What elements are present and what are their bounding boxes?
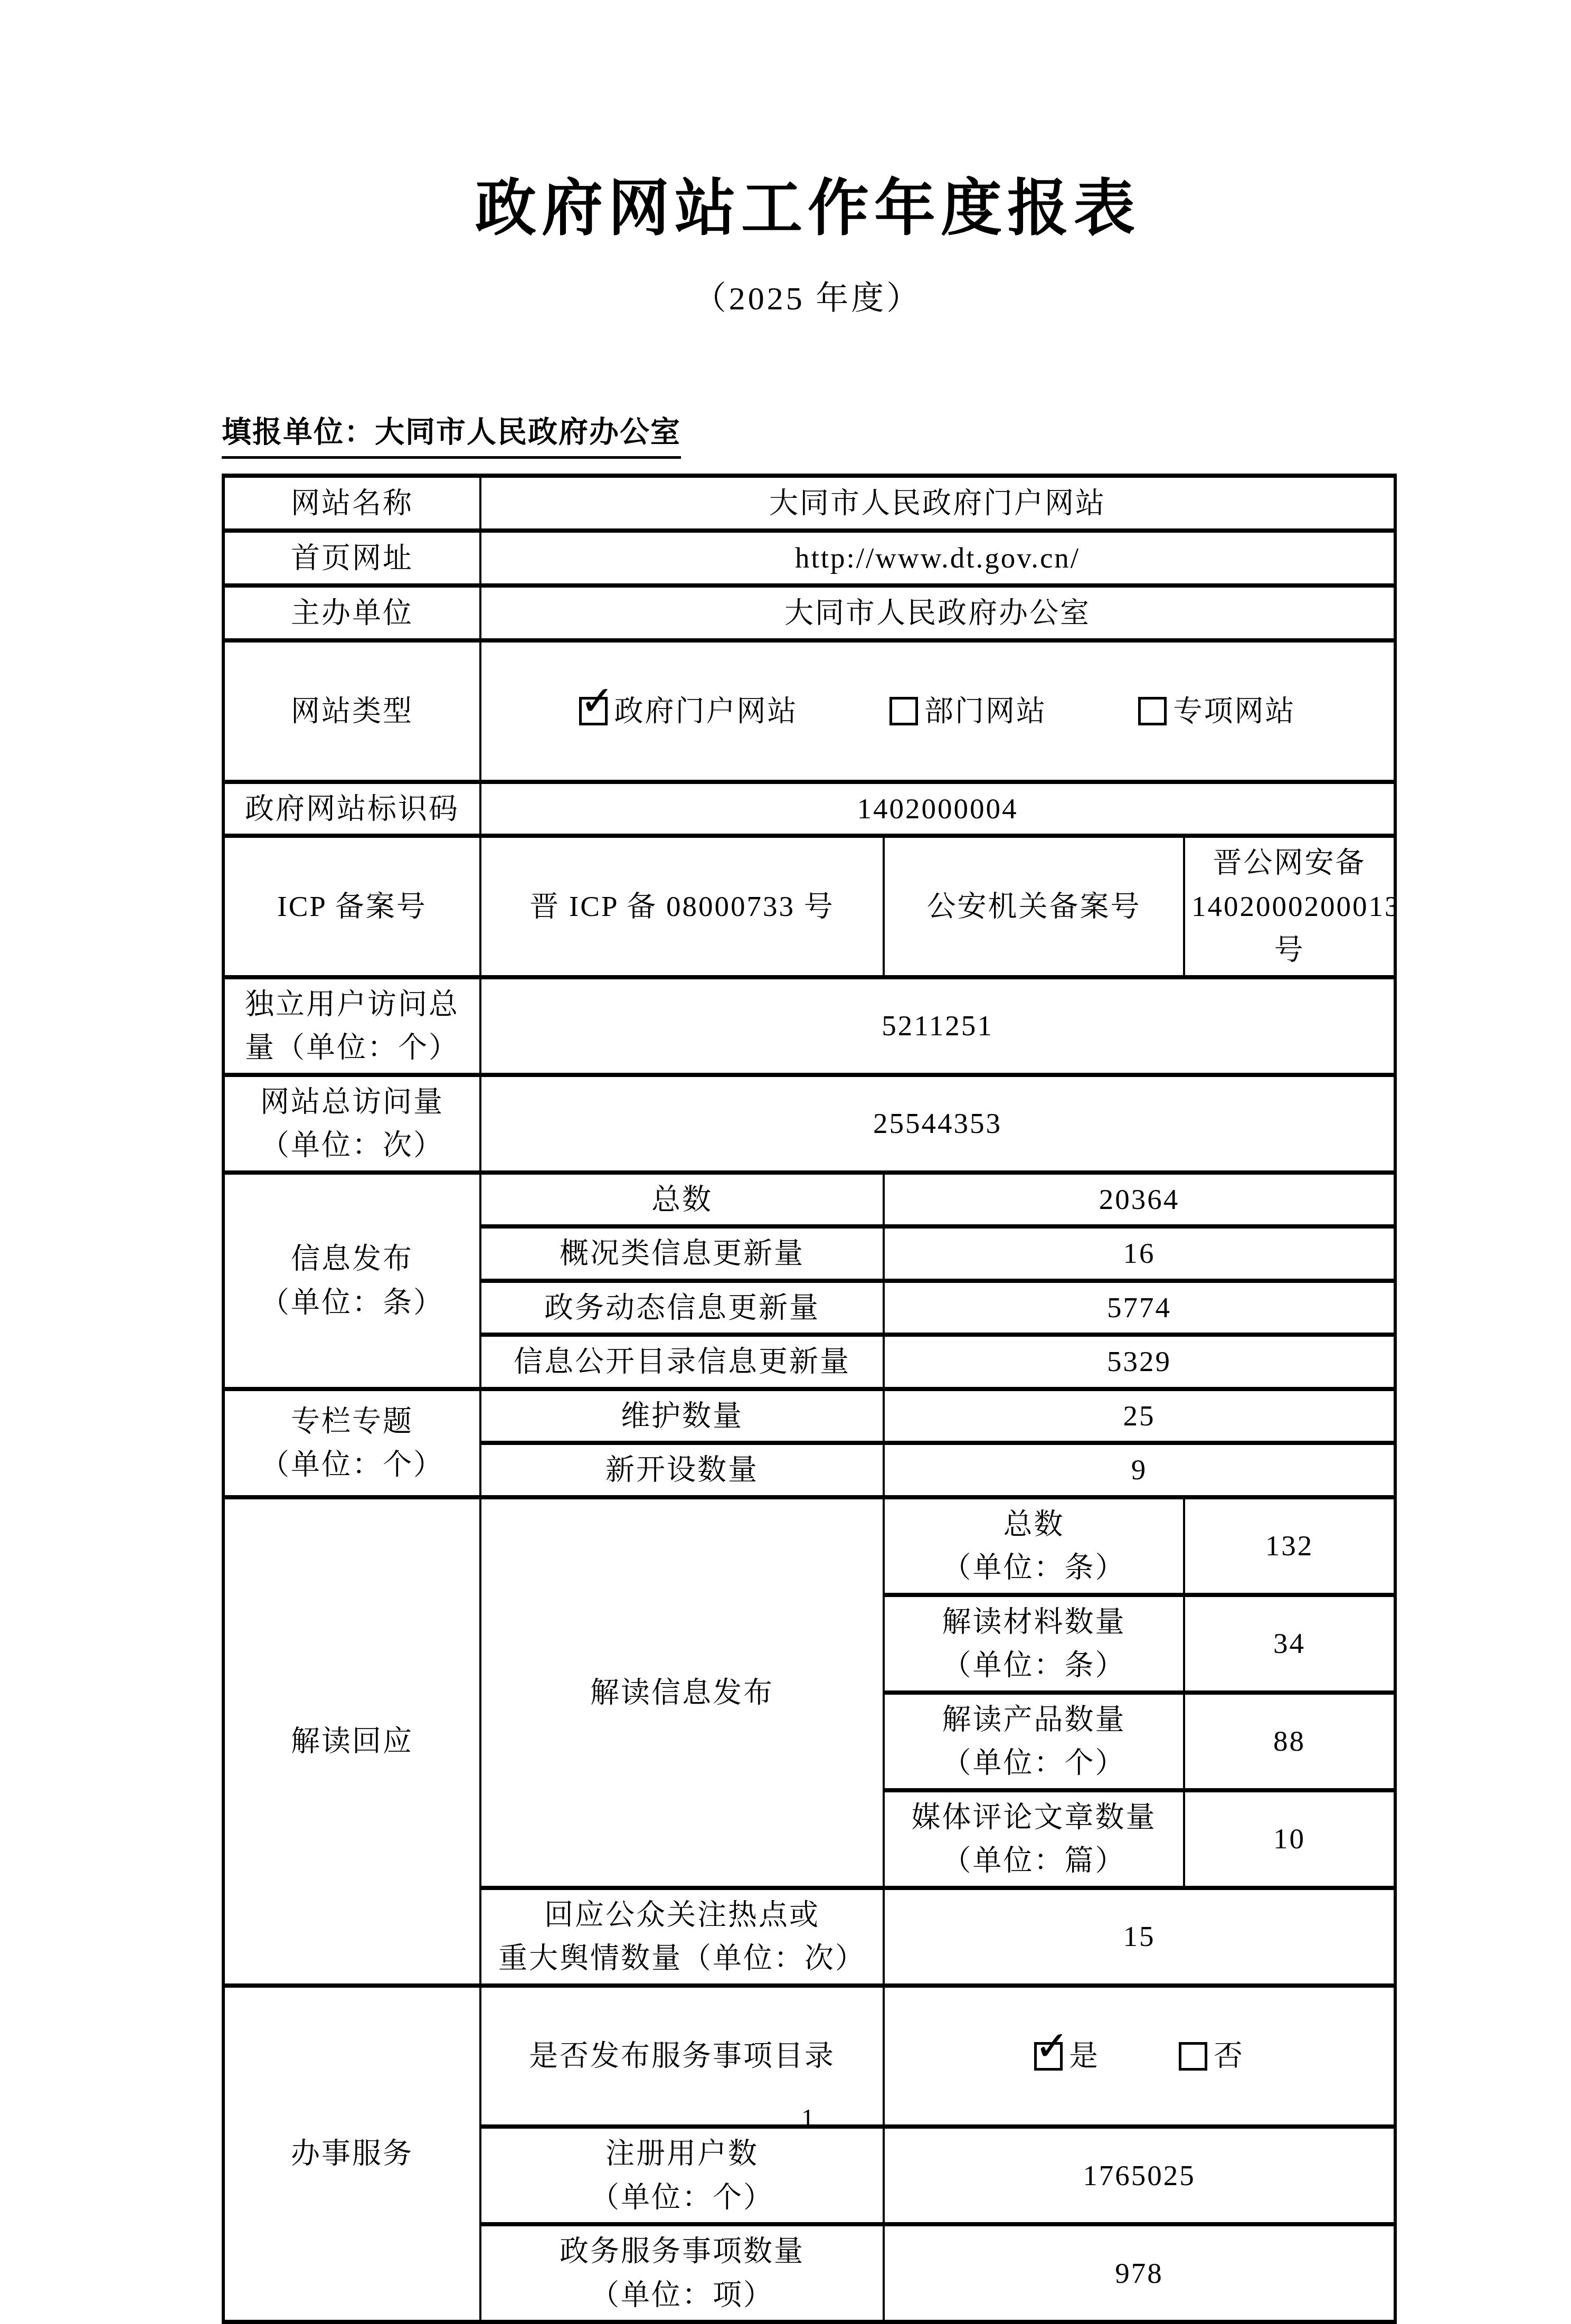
- service-items-label: 政务服务事项数量 （单位：项）: [480, 2224, 884, 2322]
- page-subtitle: （2025 年度）: [222, 272, 1394, 319]
- police-record-value: 晋公网安备 14020002000138 号: [1184, 836, 1395, 977]
- media-articles-value: 10: [1184, 1790, 1395, 1888]
- reporting-unit-line: 填报单位：大同市人民政府办公室: [222, 409, 681, 459]
- interp-total-value: 132: [1184, 1497, 1395, 1595]
- site-type-option-special: 专项网站: [1138, 689, 1295, 733]
- catalog-yes-option: 是: [1034, 2034, 1100, 2078]
- total-visits-value: 25544353: [480, 1075, 1395, 1173]
- checkbox-unchecked-icon: [1138, 697, 1167, 725]
- reporting-unit-label: 填报单位：: [222, 416, 375, 449]
- checkbox-checked-icon: [1034, 2042, 1063, 2071]
- reporting-unit-value: 大同市人民政府办公室: [375, 416, 681, 449]
- new-columns-value: 9: [884, 1443, 1395, 1497]
- catalog-no-label: 否: [1214, 2034, 1244, 2078]
- services-group-label: 办事服务: [223, 1986, 480, 2322]
- site-type-option-department: 部门网站: [889, 689, 1047, 733]
- site-type-options: 政府门户网站 部门网站 专项网站: [480, 640, 1395, 782]
- new-columns-label: 新开设数量: [480, 1443, 884, 1497]
- service-items-value: 978: [884, 2224, 1395, 2322]
- site-type-option-label: 部门网站: [924, 689, 1047, 733]
- interpretation-sub-label: 解读信息发布: [480, 1497, 884, 1888]
- organizer-value: 大同市人民政府办公室: [480, 585, 1395, 640]
- registered-users-value: 1765025: [884, 2127, 1395, 2224]
- checkbox-unchecked-icon: [889, 697, 918, 725]
- interp-material-value: 34: [1184, 1595, 1395, 1693]
- unique-visitors-value: 5211251: [480, 977, 1395, 1075]
- interp-material-label: 解读材料数量 （单位：条）: [884, 1595, 1184, 1693]
- table-row: 政府网站标识码 1402000004: [223, 782, 1395, 836]
- table-row: 专栏专题 （单位：个） 维护数量 25: [223, 1389, 1395, 1443]
- checkbox-unchecked-icon: [1179, 2042, 1207, 2071]
- catalog-yes-label: 是: [1069, 2034, 1100, 2078]
- table-row: 网站总访问量 （单位：次） 25544353: [223, 1075, 1395, 1173]
- interp-product-value: 88: [1184, 1693, 1395, 1790]
- table-row: ICP 备案号 晋 ICP 备 08000733 号 公安机关备案号 晋公网安备…: [223, 836, 1395, 977]
- page-number: 1: [222, 2104, 1394, 2133]
- site-name-label: 网站名称: [223, 476, 480, 531]
- disclosure-update-label: 信息公开目录信息更新量: [480, 1335, 884, 1389]
- overview-update-value: 16: [884, 1226, 1395, 1281]
- table-row: 信息发布 （单位：条） 总数 20364: [223, 1173, 1395, 1227]
- gov-news-update-value: 5774: [884, 1281, 1395, 1335]
- table-row: 网站类型 政府门户网站 部门网站 专项网站: [223, 640, 1395, 782]
- table-row: 网站名称 大同市人民政府门户网站: [223, 476, 1395, 531]
- maintained-count-label: 维护数量: [480, 1389, 884, 1443]
- site-type-label: 网站类型: [223, 640, 480, 782]
- table-row: 主办单位 大同市人民政府办公室: [223, 585, 1395, 640]
- interpretation-group-label: 解读回应: [223, 1497, 480, 1986]
- registered-users-label: 注册用户数 （单位：个）: [480, 2127, 884, 2224]
- site-type-option-label: 政府门户网站: [614, 689, 798, 733]
- homepage-url-value: http://www.dt.gov.cn/: [480, 531, 1395, 585]
- disclosure-update-value: 5329: [884, 1335, 1395, 1389]
- maintained-count-value: 25: [884, 1389, 1395, 1443]
- annual-report-table: 网站名称 大同市人民政府门户网站 首页网址 http://www.dt.gov.…: [222, 474, 1397, 2324]
- organizer-label: 主办单位: [223, 585, 480, 640]
- info-total-value: 20364: [884, 1173, 1395, 1227]
- table-row: 解读回应 解读信息发布 总数 （单位：条） 132: [223, 1497, 1395, 1595]
- homepage-url-label: 首页网址: [223, 531, 480, 585]
- special-columns-group-label: 专栏专题 （单位：个）: [223, 1389, 480, 1497]
- icp-label: ICP 备案号: [223, 836, 480, 977]
- table-row: 独立用户访问总 量（单位：个） 5211251: [223, 977, 1395, 1075]
- gov-news-update-label: 政务动态信息更新量: [480, 1281, 884, 1335]
- overview-update-label: 概况类信息更新量: [480, 1226, 884, 1281]
- public-response-label: 回应公众关注热点或 重大舆情数量（单位：次）: [480, 1888, 884, 1986]
- info-total-label: 总数: [480, 1173, 884, 1227]
- catalog-no-option: 否: [1179, 2034, 1244, 2078]
- checkbox-checked-icon: [579, 697, 608, 725]
- site-name-value: 大同市人民政府门户网站: [480, 476, 1395, 531]
- icp-value: 晋 ICP 备 08000733 号: [480, 836, 884, 977]
- media-articles-label: 媒体评论文章数量 （单位：篇）: [884, 1790, 1184, 1888]
- table-row: 首页网址 http://www.dt.gov.cn/: [223, 531, 1395, 585]
- total-visits-label: 网站总访问量 （单位：次）: [223, 1075, 480, 1173]
- public-response-value: 15: [884, 1888, 1395, 1986]
- site-identifier-value: 1402000004: [480, 782, 1395, 836]
- site-type-option-label: 专项网站: [1173, 689, 1295, 733]
- site-type-option-portal: 政府门户网站: [579, 689, 798, 733]
- unique-visitors-label: 独立用户访问总 量（单位：个）: [223, 977, 480, 1075]
- site-identifier-label: 政府网站标识码: [223, 782, 480, 836]
- police-record-label: 公安机关备案号: [884, 836, 1184, 977]
- interp-product-label: 解读产品数量 （单位：个）: [884, 1693, 1184, 1790]
- info-publish-group-label: 信息发布 （单位：条）: [223, 1173, 480, 1389]
- report-sheet: 政府网站工作年度报表 （2025 年度） 填报单位：大同市人民政府办公室 网站名…: [222, 0, 1394, 2324]
- page-title: 政府网站工作年度报表: [222, 174, 1394, 244]
- interp-total-label: 总数 （单位：条）: [884, 1497, 1184, 1595]
